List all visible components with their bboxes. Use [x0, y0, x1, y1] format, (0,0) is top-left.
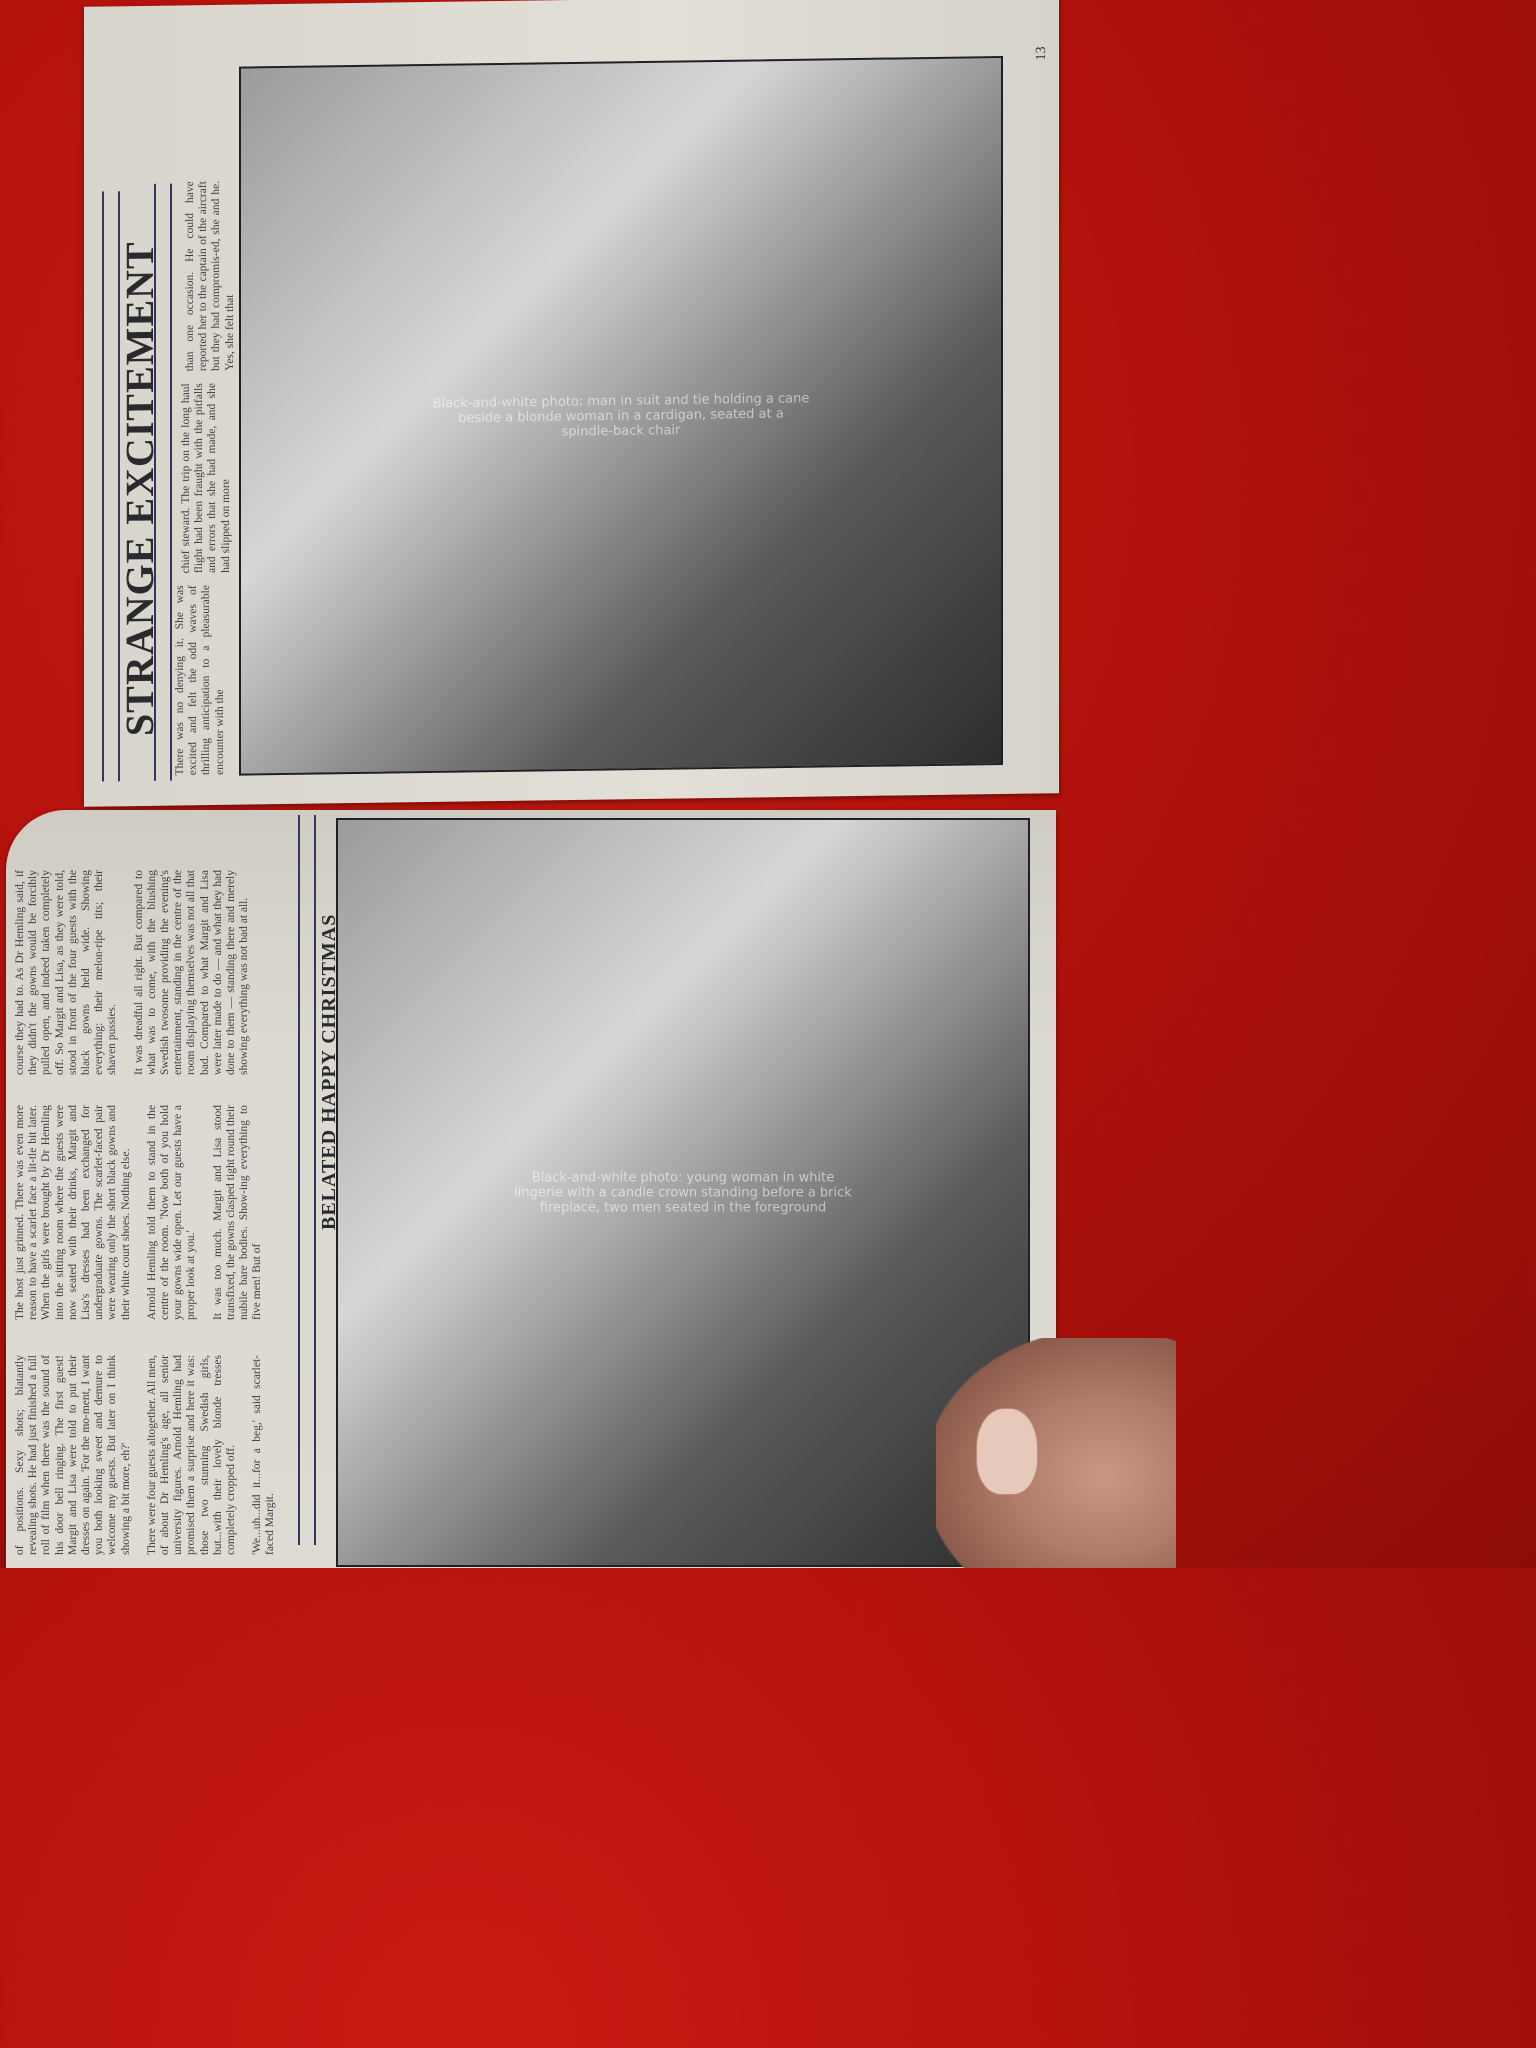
thumb — [936, 1338, 1176, 1568]
headline-strange-excitement: STRANGE EXCITEMENT — [116, 241, 163, 736]
article-column-3: than one occasion. He could have reporte… — [184, 181, 237, 372]
magazine-page-left: of positions. Sexy shots; blatantly reve… — [6, 810, 1056, 1568]
paragraph: It was too much. Margit and Lisa stood t… — [212, 1105, 265, 1320]
photo-fireplace-scene: Black-and-white photo: young woman in wh… — [336, 818, 1030, 1567]
photo-description: Black-and-white photo: young woman in wh… — [511, 1170, 856, 1215]
body-column-1: of positions. Sexy shots; blatantly reve… — [14, 1355, 291, 1555]
paragraph: 'We...uh...did it...for a beg,' said sca… — [251, 1355, 277, 1555]
paragraph: course they had to. As Dr Hemling said, … — [14, 870, 120, 1075]
photo-couple-chair: Black-and-white photo: man in suit and t… — [239, 56, 1003, 776]
paragraph: Arnold Hemling told them to stand in the… — [146, 1105, 199, 1320]
paragraph: It was dreadful all right. But compared … — [133, 870, 252, 1075]
paragraph: of positions. Sexy shots; blatantly reve… — [14, 1355, 133, 1555]
paragraph: There were four guests altogether. All m… — [146, 1355, 238, 1555]
body-column-3: course they had to. As Dr Hemling said, … — [14, 870, 264, 1075]
page-number: 13 — [1034, 46, 1050, 60]
thumbnail-nail — [976, 1408, 1038, 1495]
photo-description: Black-and-white photo: man in suit and t… — [431, 391, 811, 441]
body-column-2: The host just grinned. There was even mo… — [14, 1105, 277, 1320]
caption-rule — [298, 815, 316, 1545]
article-column-1: There was no denying it. She was excited… — [174, 585, 227, 776]
magazine-page-13: STRANGE EXCITEMENT There was no denying … — [84, 0, 1059, 807]
paragraph: The host just grinned. There was even mo… — [14, 1105, 133, 1320]
article-column-2: chief steward. The trip on the long haul… — [180, 383, 233, 574]
